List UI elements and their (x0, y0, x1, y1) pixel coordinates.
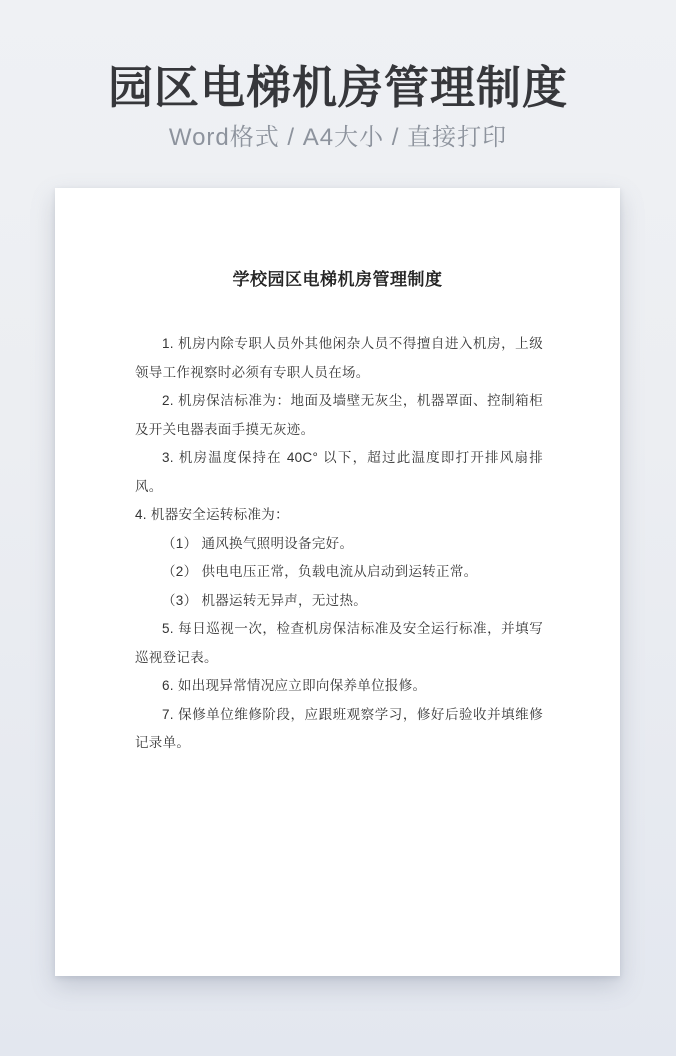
document-body: 1. 机房内除专职人员外其他闲杂人员不得擅自进入机房，上级领导工作视察时必须有专… (135, 330, 543, 758)
document-paragraph: （1） 通风换气照明设备完好。 (135, 530, 543, 559)
document-paragraph: 6. 如出现异常情况应立即向保养单位报修。 (135, 672, 543, 701)
promo-subtitle: Word格式 / A4大小 / 直接打印 (0, 123, 676, 153)
document-paragraph: 5. 每日巡视一次，检查机房保洁标准及安全运行标准，并填写巡视登记表。 (135, 615, 543, 672)
document-paragraph: （2） 供电电压正常，负载电流从启动到运转正常。 (135, 558, 543, 587)
template-preview-stage: 园区电梯机房管理制度 Word格式 / A4大小 / 直接打印 学校园区电梯机房… (0, 0, 676, 1056)
document-paragraph: 2. 机房保洁标准为：地面及墙壁无灰尘，机器罩面、控制箱柜及开关电器表面手摸无灰… (135, 387, 543, 444)
document-paragraph: 3. 机房温度保持在 40C° 以下，超过此温度即打开排风扇排风。 (135, 444, 543, 501)
document-paragraph: 7. 保修单位维修阶段，应跟班观察学习，修好后验收并填维修记录单。 (135, 701, 543, 758)
document-paragraph: 1. 机房内除专职人员外其他闲杂人员不得擅自进入机房，上级领导工作视察时必须有专… (135, 330, 543, 387)
document-paragraph: （3） 机器运转无异声，无过热。 (135, 587, 543, 616)
promo-header: 园区电梯机房管理制度 Word格式 / A4大小 / 直接打印 (0, 0, 676, 153)
promo-title: 园区电梯机房管理制度 (0, 62, 676, 114)
a4-document-page: 学校园区电梯机房管理制度 1. 机房内除专职人员外其他闲杂人员不得擅自进入机房，… (55, 188, 620, 976)
document-title: 学校园区电梯机房管理制度 (55, 268, 620, 292)
document-paragraph: 4. 机器安全运转标准为： (135, 501, 543, 530)
